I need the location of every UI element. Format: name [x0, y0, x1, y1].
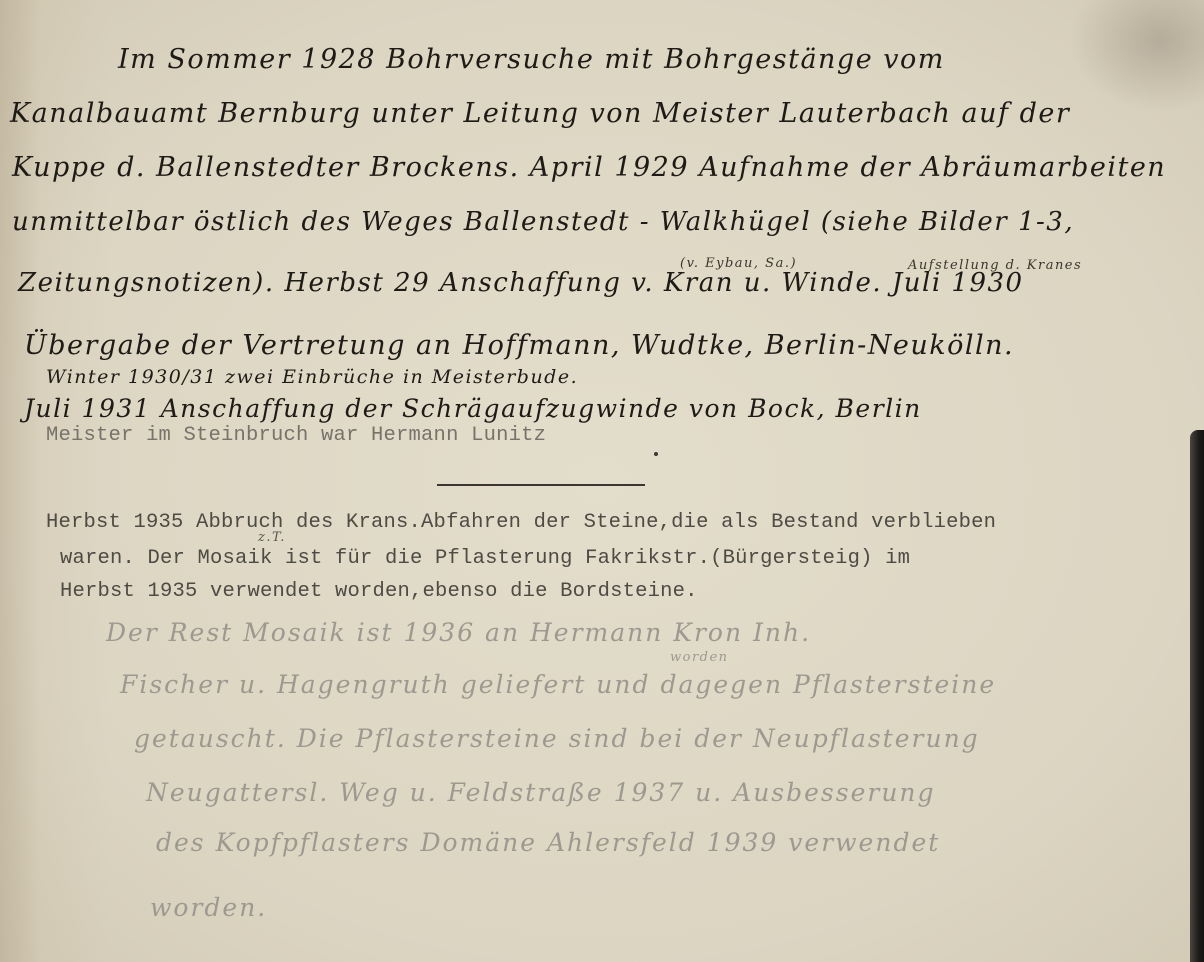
handwritten-line-1: Im Sommer 1928 Bohrversuche mit Bohrgest…	[118, 44, 945, 75]
pencil-line-1: Der Rest Mosaik ist 1936 an Hermann Kron…	[106, 618, 811, 647]
handwritten-line-2: Kanalbauamt Bernburg unter Leitung von M…	[10, 98, 1070, 129]
typewritten-margin-annotation: z.T.	[258, 530, 286, 545]
page-edge-shadow	[1190, 430, 1204, 962]
handwritten-insert-winter-1930: Winter 1930/31 zwei Einbrüche in Meister…	[46, 366, 578, 388]
typewritten-paragraph-line-1: Herbst 1935 Abbruch des Krans.Abfahren d…	[46, 511, 996, 534]
handwritten-line-5: Zeitungsnotizen). Herbst 29 Anschaffung …	[18, 268, 1024, 298]
pencil-line-5: des Kopfpflasters Domäne Ahlersfeld 1939…	[156, 828, 940, 857]
pencil-line-2: Fischer u. Hagengruth geliefert und dage…	[120, 670, 996, 699]
section-divider	[437, 484, 645, 486]
pencil-interlinear-note: worden	[670, 650, 729, 665]
handwritten-line-4: unmittelbar östlich des Weges Ballensted…	[12, 207, 1074, 237]
pencil-line-3: getauscht. Die Pflastersteine sind bei d…	[134, 724, 980, 753]
document-page: Im Sommer 1928 Bohrversuche mit Bohrgest…	[0, 0, 1204, 962]
handwritten-line-6: Übergabe der Vertretung an Hoffmann, Wud…	[24, 330, 1014, 361]
pencil-line-4: Neugattersl. Weg u. Feldstraße 1937 u. A…	[146, 778, 936, 807]
pencil-line-6: worden.	[150, 893, 267, 922]
typewritten-meister-line: Meister im Steinbruch war Hermann Lunitz	[46, 424, 546, 447]
typewritten-paragraph-line-3: Herbst 1935 verwendet worden,ebenso die …	[60, 580, 698, 603]
typewritten-paragraph-line-2: waren. Der Mosaik ist für die Pflasterun…	[60, 547, 910, 570]
handwritten-insert-juli-1931: Juli 1931 Anschaffung der Schrägaufzugwi…	[24, 394, 922, 423]
handwritten-line-3: Kuppe d. Ballenstedter Brockens. April 1…	[12, 152, 1166, 183]
ink-dot	[654, 452, 658, 456]
